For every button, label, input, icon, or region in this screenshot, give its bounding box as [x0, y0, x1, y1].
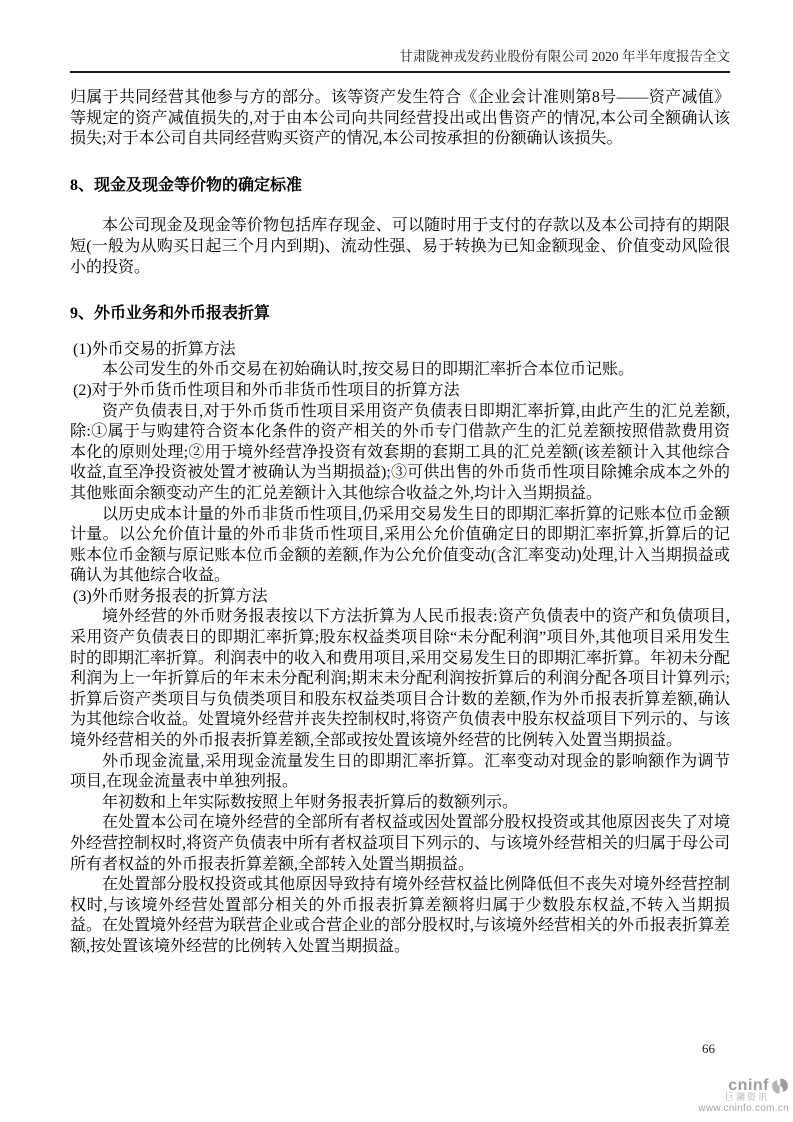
cninfo-logo: cninf 巨潮资讯 www.cninfo.com.cn	[698, 1077, 789, 1115]
document-body: 归属于共同经营其他参与方的部分。该等资产发生符合《企业会计准则第8号——资产减值…	[70, 88, 730, 958]
page-number: 66	[702, 1041, 715, 1057]
cninfo-chinese-name: 巨潮资讯	[698, 1092, 769, 1103]
paragraph-9-3-translation-method: 境外经营的外币财务报表按以下方法折算为人民币报表:资产负债表中的资产和负债项目,…	[70, 607, 730, 751]
paragraph-9-3-cash-flow-lead: 外币现金流量	[102, 753, 201, 770]
subheading-9-3-financial-statements-translation: (3)外币财务报表的折算方法	[70, 587, 730, 608]
paragraph-9-2-non-monetary-items: 以历史成本计量的外币非货币性项目,仍采用交易发生日的即期汇率折算的记账本位币金额…	[70, 505, 730, 587]
header-title: 甘肃陇神戎发药业股份有限公司 2020 年半年度报告全文	[399, 49, 730, 64]
paragraph-9-3-cash-flow: 外币现金流量,采用现金流量发生日的即期汇率折算。汇率变动对现金的影响额作为调节项…	[70, 752, 730, 793]
cninfo-url: www.cninfo.com.cn	[698, 1103, 789, 1115]
paragraph-cash-equivalents-definition: 本公司现金及现金等价物包括库存现金、可以随时用于支付的存款以及本公司持有的期限短…	[70, 216, 730, 278]
cninfo-pinwheel-icon	[771, 1077, 789, 1095]
paragraph-9-3-disposal-full-control-loss: 在处置本公司在境外经营的全部所有者权益或因处置部分股权投资或其他原因丧失了对境外…	[70, 813, 730, 875]
subheading-9-2-monetary-items: (2)对于外币货币性项目和外币非货币性项目的折算方法	[70, 381, 730, 402]
subheading-9-1-fx-transactions: (1)外币交易的折算方法	[70, 340, 730, 361]
paragraph-9-1-fx-transactions: 本公司发生的外币交易在初始确认时,按交易日的即期汇率折合本位币记账。	[70, 360, 730, 381]
report-page: 甘肃陇神戎发药业股份有限公司 2020 年半年度报告全文 归属于共同经营其他参与…	[0, 0, 793, 1122]
heading-section-8-cash-equivalents: 8、现金及现金等价物的确定标准	[70, 176, 730, 197]
paragraph-9-3-partial-disposal: 在处置部分股权投资或其他原因导致持有境外经营权益比例降低但不丧失对境外经营控制权…	[70, 875, 730, 957]
heading-section-9-foreign-currency: 9、外币业务和外币报表折算	[70, 304, 730, 325]
page-header: 甘肃陇神戎发药业股份有限公司 2020 年半年度报告全文	[70, 49, 730, 65]
header-rule	[70, 71, 730, 73]
paragraph-joint-operation-continuation: 归属于共同经营其他参与方的部分。该等资产发生符合《企业会计准则第8号——资产减值…	[70, 88, 730, 150]
paragraph-9-2-balance-sheet-date: 资产负债表日,对于外币货币性项目采用资产负债表日即期汇率折算,由此产生的汇兑差额…	[70, 402, 730, 505]
paragraph-9-3-opening-figures: 年初数和上年实际数按照上年财务报表折算后的数额列示。	[70, 793, 730, 814]
